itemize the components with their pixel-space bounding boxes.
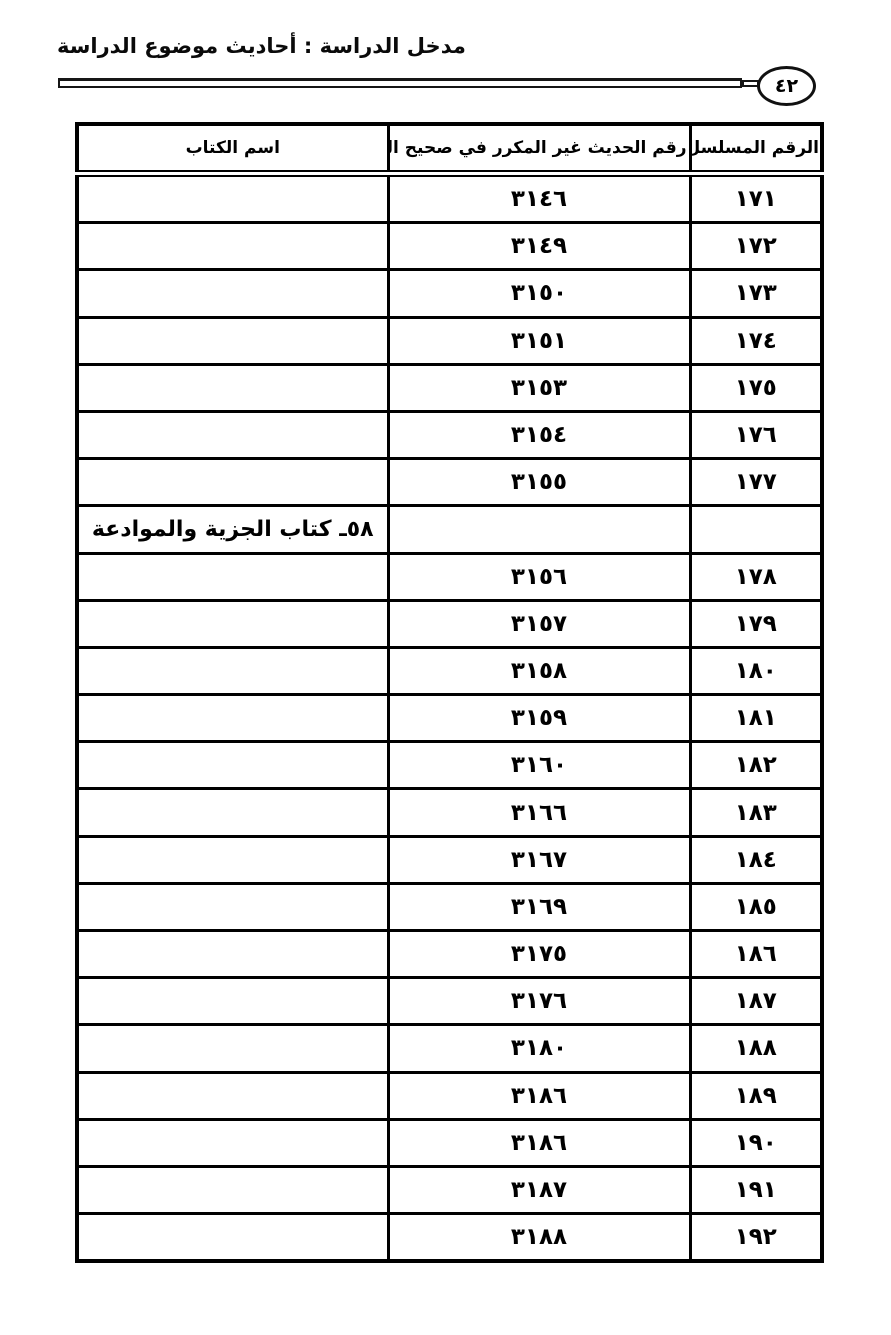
- book-name-cell: [77, 931, 388, 978]
- serial-number-cell: ١٨٤: [690, 836, 822, 883]
- serial-number-cell: ١٨٦: [690, 931, 822, 978]
- table-body: ١٧١٣١٤٦١٧٢٣١٤٩١٧٣٣١٥٠١٧٤٣١٥١١٧٥٣١٥٣١٧٦٣١…: [77, 174, 822, 1262]
- hadith-row: ١٨٥٣١٦٩: [77, 883, 822, 930]
- hadith-row: ١٩٢٣١٨٨: [77, 1214, 822, 1262]
- book-name-cell: [77, 223, 388, 270]
- serial-number-cell: ١٧٨: [690, 553, 822, 600]
- serial-number-cell: ١٧٢: [690, 223, 822, 270]
- hadith-row: ١٧٤٣١٥١: [77, 317, 822, 364]
- serial-column-header: الرقم المسلسل: [690, 124, 822, 174]
- hadith-number-cell: ٣١٨٦: [388, 1119, 690, 1166]
- serial-number-cell: ١٧٩: [690, 600, 822, 647]
- hadith-table: الرقم المسلسل رقم الحديث غير المكرر في ص…: [75, 122, 824, 1263]
- hadith-row: ١٩٠٣١٨٦: [77, 1119, 822, 1166]
- hadith-number-cell: ٣١٧٥: [388, 931, 690, 978]
- hadith-row: ١٧١٣١٤٦: [77, 174, 822, 223]
- book-name-cell: [77, 695, 388, 742]
- hadith-number-cell: [388, 506, 690, 553]
- hadith-number-cell: ٣١٥٨: [388, 647, 690, 694]
- book-name-cell: [77, 174, 388, 223]
- hadith-number-cell: ٣١٨٠: [388, 1025, 690, 1072]
- hadith-number-column-header: رقم الحديث غير المكرر في صحيح البخاري: [388, 124, 690, 174]
- hadith-row: ١٨٦٣١٧٥: [77, 931, 822, 978]
- header-rule: [58, 78, 742, 88]
- hadith-row: ١٧٢٣١٤٩: [77, 223, 822, 270]
- book-name-cell: [77, 978, 388, 1025]
- hadith-number-cell: ٣١٧٦: [388, 978, 690, 1025]
- book-name-cell: [77, 270, 388, 317]
- serial-number-cell: ١٧٧: [690, 459, 822, 506]
- serial-number-cell: ١٩٢: [690, 1214, 822, 1262]
- book-name-cell: [77, 1119, 388, 1166]
- hadith-row: ١٧٦٣١٥٤: [77, 411, 822, 458]
- hadith-row: ١٨٨٣١٨٠: [77, 1025, 822, 1072]
- serial-number-cell: ١٨١: [690, 695, 822, 742]
- hadith-row: ١٨١٣١٥٩: [77, 695, 822, 742]
- book-name-cell: [77, 789, 388, 836]
- hadith-row: ١٨٤٣١٦٧: [77, 836, 822, 883]
- hadith-number-cell: ٣١٦٧: [388, 836, 690, 883]
- book-section-title-cell: ٥٨ـ كتاب الجزية والموادعة: [77, 506, 388, 553]
- scanned-book-page: مدخل الدراسة : أحاديث موضوع الدراسة ٤٢ ا…: [0, 0, 891, 1335]
- hadith-number-cell: ٣١٥٤: [388, 411, 690, 458]
- serial-number-cell: ١٩١: [690, 1166, 822, 1213]
- page-number-badge: ٤٢: [757, 66, 816, 106]
- hadith-number-cell: ٣١٨٧: [388, 1166, 690, 1213]
- book-name-cell: [77, 883, 388, 930]
- book-name-cell: [77, 1025, 388, 1072]
- hadith-row: ١٨٧٣١٧٦: [77, 978, 822, 1025]
- serial-number-cell: ١٨٧: [690, 978, 822, 1025]
- hadith-row: ١٨٩٣١٨٦: [77, 1072, 822, 1119]
- hadith-number-cell: ٣١٥٦: [388, 553, 690, 600]
- serial-number-cell: ١٧٣: [690, 270, 822, 317]
- hadith-row: ١٨٣٣١٦٦: [77, 789, 822, 836]
- serial-number-cell: ١٧٦: [690, 411, 822, 458]
- hadith-number-cell: ٣١٥٧: [388, 600, 690, 647]
- hadith-number-cell: ٣١٥٣: [388, 364, 690, 411]
- hadith-row: ١٨٠٣١٥٨: [77, 647, 822, 694]
- hadith-row: ١٨٢٣١٦٠: [77, 742, 822, 789]
- book-name-cell: [77, 836, 388, 883]
- page-title: مدخل الدراسة : أحاديث موضوع الدراسة: [57, 34, 466, 58]
- hadith-number-cell: ٣١٦٠: [388, 742, 690, 789]
- serial-number-cell: ١٧٤: [690, 317, 822, 364]
- hadith-row: ١٧٩٣١٥٧: [77, 600, 822, 647]
- hadith-number-cell: ٣١٨٦: [388, 1072, 690, 1119]
- hadith-number-cell: ٣١٥٠: [388, 270, 690, 317]
- book-name-cell: [77, 364, 388, 411]
- table-header-row: الرقم المسلسل رقم الحديث غير المكرر في ص…: [77, 124, 822, 174]
- hadith-row: ١٩١٣١٨٧: [77, 1166, 822, 1213]
- hadith-number-cell: ٣١٦٦: [388, 789, 690, 836]
- hadith-number-cell: ٣١٨٨: [388, 1214, 690, 1262]
- book-name-column-header: اسم الكتاب: [77, 124, 388, 174]
- hadith-row: ١٧٣٣١٥٠: [77, 270, 822, 317]
- book-name-cell: [77, 459, 388, 506]
- book-name-cell: [77, 647, 388, 694]
- hadith-number-cell: ٣١٤٩: [388, 223, 690, 270]
- hadith-number-cell: ٣١٤٦: [388, 174, 690, 223]
- hadith-row: ١٧٥٣١٥٣: [77, 364, 822, 411]
- hadith-row: ١٧٧٣١٥٥: [77, 459, 822, 506]
- serial-number-cell: ١٨٠: [690, 647, 822, 694]
- serial-number-cell: ١٧٥: [690, 364, 822, 411]
- book-name-cell: [77, 742, 388, 789]
- hadith-number-cell: ٣١٦٩: [388, 883, 690, 930]
- serial-number-cell: ١٨٣: [690, 789, 822, 836]
- serial-number-cell: ١٩٠: [690, 1119, 822, 1166]
- book-name-cell: [77, 600, 388, 647]
- hadith-number-cell: ٣١٥٩: [388, 695, 690, 742]
- book-name-cell: [77, 411, 388, 458]
- book-name-cell: [77, 1072, 388, 1119]
- book-name-cell: [77, 1166, 388, 1213]
- hadith-number-cell: ٣١٥١: [388, 317, 690, 364]
- serial-number-cell: ١٨٢: [690, 742, 822, 789]
- serial-number-cell: ١٧١: [690, 174, 822, 223]
- hadith-number-cell: ٣١٥٥: [388, 459, 690, 506]
- page-number: ٤٢: [775, 75, 798, 97]
- book-name-cell: [77, 553, 388, 600]
- serial-number-cell: ١٨٨: [690, 1025, 822, 1072]
- table-header: الرقم المسلسل رقم الحديث غير المكرر في ص…: [77, 124, 822, 174]
- serial-number-cell: ١٨٥: [690, 883, 822, 930]
- book-section-row: ٥٨ـ كتاب الجزية والموادعة: [77, 506, 822, 553]
- serial-number-cell: ١٨٩: [690, 1072, 822, 1119]
- serial-number-cell: [690, 506, 822, 553]
- hadith-row: ١٧٨٣١٥٦: [77, 553, 822, 600]
- book-name-cell: [77, 1214, 388, 1262]
- book-name-cell: [77, 317, 388, 364]
